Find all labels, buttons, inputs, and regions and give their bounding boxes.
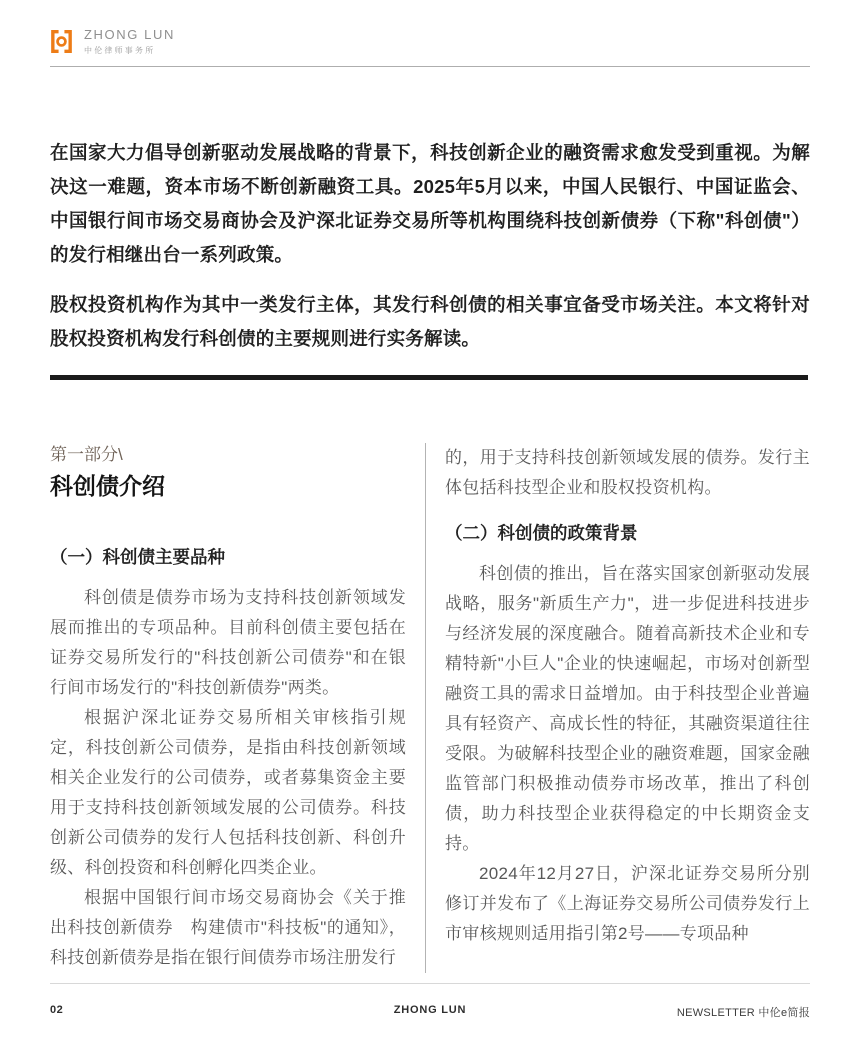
subsection-heading-2: （二）科创债的政策背景 [445,521,810,545]
column-divider [425,443,426,973]
footer-divider [50,983,810,984]
header-divider [50,66,810,67]
body-paragraph: 根据沪深北证券交易所相关审核指引规定，科技创新公司债券，是指由科技创新领域相关企… [50,703,406,883]
zhonglun-logo-icon [48,28,75,55]
body-paragraph: 科创债是债券市场为支持科技创新领域发展而推出的专项品种。目前科创债主要包括在证券… [50,583,406,703]
document-page: ZHONG LUN 中伦律师事务所 在国家大力倡导创新驱动发展战略的背景下，科技… [0,0,858,1043]
section-divider-rule [50,375,808,380]
part-label: 第一部分\ [50,443,406,467]
right-column: 的，用于支持科技创新领域发展的债券。发行主体包括科技型企业和股权投资机构。 （二… [445,443,810,973]
brand-name: ZHONG LUN [84,27,175,42]
body-paragraph: 2024年12月27日，沪深北证券交易所分别修订并发布了《上海证券交易所公司债券… [445,859,810,949]
intro-paragraph-1: 在国家大力倡导创新驱动发展战略的背景下，科技创新企业的融资需求愈发受到重视。为解… [50,136,810,272]
footer: 02 ZHONG LUN NEWSLETTER 中伦e简报 [50,1001,810,1021]
article-columns: 第一部分\ 科创债介绍 （一）科创债主要品种 科创债是债券市场为支持科技创新领域… [50,443,810,973]
brand-name-chinese: 中伦律师事务所 [84,45,175,56]
left-column: 第一部分\ 科创债介绍 （一）科创债主要品种 科创债是债券市场为支持科技创新领域… [50,443,406,973]
footer-brand: ZHONG LUN [394,1004,467,1016]
body-paragraph-continued: 的，用于支持科技创新领域发展的债券。发行主体包括科技型企业和股权投资机构。 [445,443,810,503]
body-paragraph: 根据中国银行间市场交易商协会《关于推出科技创新债券 构建债市"科技板"的通知》，… [50,883,406,973]
intro-paragraph-2: 股权投资机构作为其中一类发行主体，其发行科创债的相关事宜备受市场关注。本文将针对… [50,288,810,356]
part-title: 科创债介绍 [50,469,406,503]
subsection-heading-1: （一）科创债主要品种 [50,545,406,569]
page-number: 02 [50,1004,63,1016]
body-paragraph: 科创债的推出，旨在落实国家创新驱动发展战略，服务"新质生产力"，进一步促进科技进… [445,559,810,859]
intro-section: 在国家大力倡导创新驱动发展战略的背景下，科技创新企业的融资需求愈发受到重视。为解… [50,136,810,356]
footer-newsletter-label: NEWSLETTER 中伦e简报 [677,1004,810,1020]
brand-header: ZHONG LUN 中伦律师事务所 [48,27,175,56]
